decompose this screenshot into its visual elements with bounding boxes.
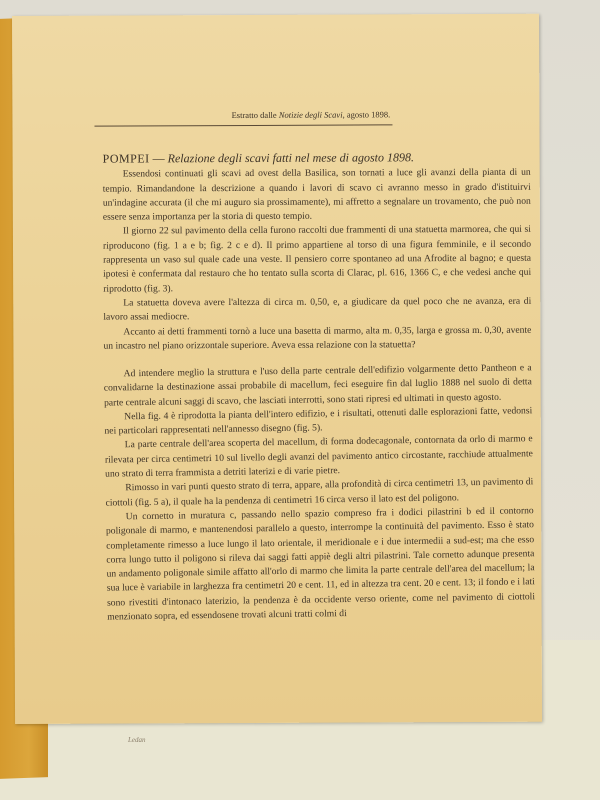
paragraph: La statuetta doveva avere l'altezza di c… [103, 295, 531, 325]
paragraph: Ad intendere meglio la struttura e l'uso… [104, 361, 533, 410]
header-rule [94, 124, 392, 126]
title-subtitle: Relazione degli scavi fatti nel mese di … [168, 150, 414, 165]
table-mark: Ledan [128, 736, 146, 744]
second-section: Ad intendere meglio la struttura e l'uso… [104, 361, 536, 625]
paragraph: Un cornetto in muratura c, passando nell… [106, 504, 536, 625]
article-title: POMPEI — Relazione degli scavi fatti nel… [103, 150, 531, 166]
document-page: Estratto dalle Notizie degli Scavi, agos… [12, 14, 542, 724]
photo-scene: Estratto dalle Notizie degli Scavi, agos… [0, 0, 600, 800]
running-head: Estratto dalle Notizie degli Scavi, agos… [12, 109, 539, 121]
paragraph: La parte centrale dell'area scoperta del… [105, 433, 534, 482]
paragraph: Il giorno 22 sul pavimento della cella f… [103, 223, 531, 296]
paragraph: Essendosi continuati gli scavi ad ovest … [103, 166, 531, 225]
journal-name: Notizie degli Scavi [279, 110, 343, 120]
document-body: POMPEI — Relazione degli scavi fatti nel… [103, 150, 533, 625]
title-place: POMPEI [103, 151, 150, 165]
paragraph: Accanto ai detti frammenti tornò a luce … [103, 323, 531, 353]
